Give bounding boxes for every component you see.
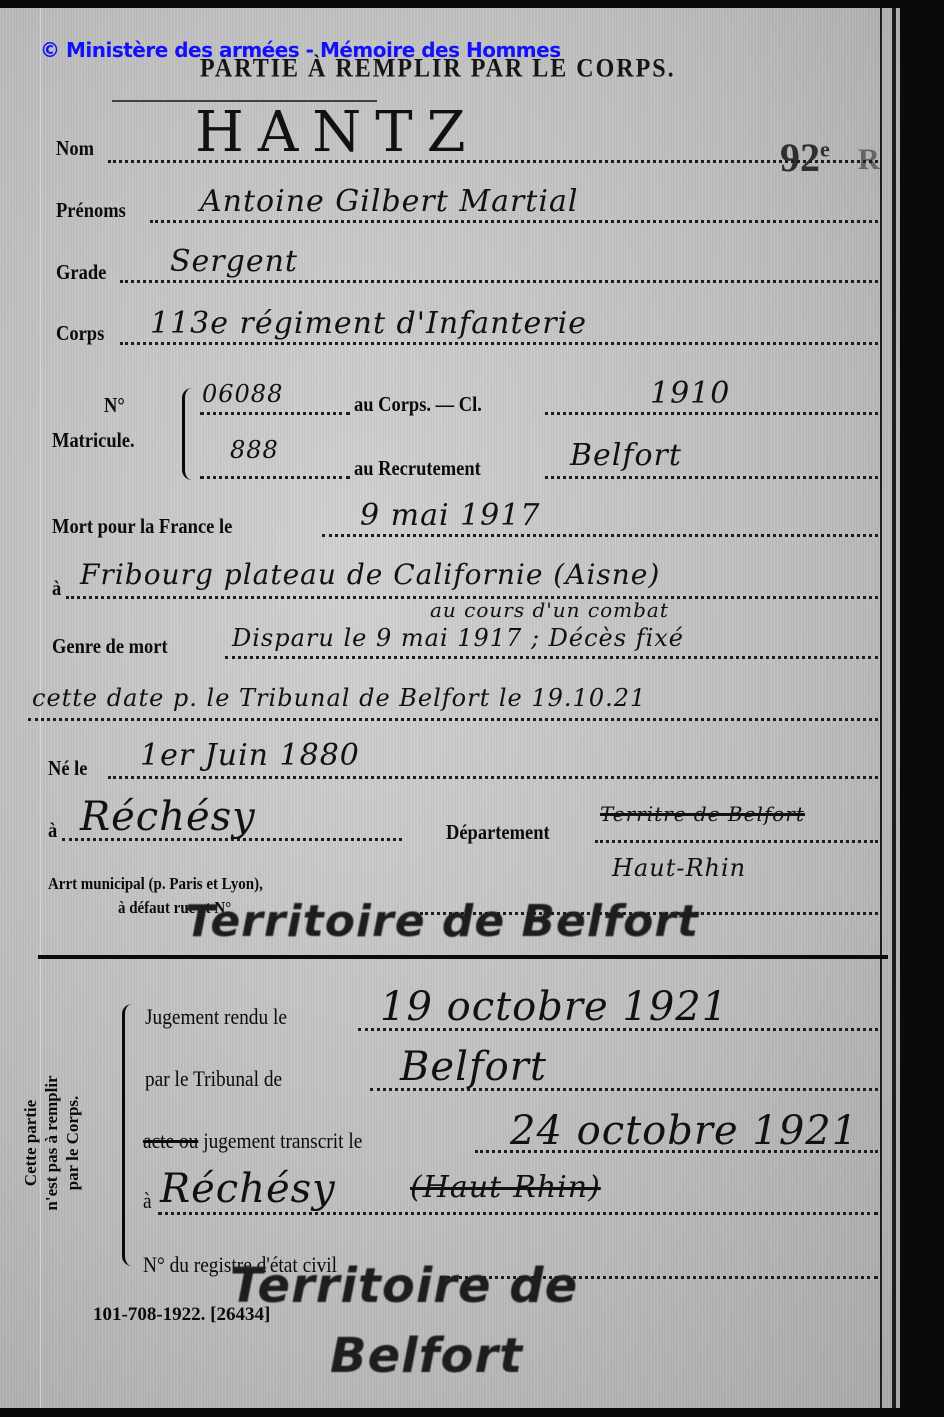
recrutement-dotted-line — [545, 476, 878, 479]
au-corps-label: au Corps. — Cl. — [354, 392, 482, 417]
lieu-mort-label: à — [52, 576, 61, 601]
regiment-stamp: 92e — [780, 134, 830, 181]
matricule-label: Matricule. — [52, 428, 135, 453]
genre-mort-value-line1: Disparu le 9 mai 1917 ; Décès fixé — [232, 624, 684, 652]
au-corps-number: 06088 — [202, 380, 283, 408]
transcrit-lieu-value: Réchésy — [160, 1166, 336, 1212]
death-record-card: PARTIE À REMPLIR PAR LE CORPS. 92e R Nom… — [0, 8, 900, 1408]
transcrit-lieu-dotted-line — [158, 1212, 878, 1215]
genre-mort-dotted-line-2 — [28, 718, 878, 721]
side-note-brace — [122, 1004, 135, 1266]
mort-dotted-line — [322, 534, 878, 537]
nom-value: HANTZ — [195, 100, 480, 165]
lieu-naissance-label: à — [48, 818, 57, 843]
section-divider — [38, 955, 888, 959]
corps-value: 113e régiment d'Infanterie — [150, 306, 587, 341]
right-border-line — [880, 8, 882, 1408]
mort-value: 9 mai 1917 — [360, 498, 540, 533]
recrutement-value: Belfort — [570, 438, 682, 473]
tribunal-value: Belfort — [400, 1044, 547, 1090]
matricule-no-label: N° — [104, 393, 125, 418]
prenoms-label: Prénoms — [56, 198, 126, 223]
right-border-line-2 — [892, 8, 896, 1408]
jugement-rendu-label: Jugement rendu le — [145, 1004, 287, 1030]
prenoms-value: Antoine Gilbert Martial — [200, 184, 578, 219]
transcrit-lieu-label: à — [143, 1188, 152, 1214]
ne-le-dotted-line — [108, 776, 878, 779]
tribunal-label: par le Tribunal de — [145, 1066, 282, 1092]
copyright-watermark: © Ministère des armées - Mémoire des Hom… — [40, 38, 561, 62]
arrondissement-value: Territoire de Belfort — [185, 896, 699, 947]
au-corps-dotted-line — [200, 412, 350, 415]
arrondissement-label: Arrt municipal (p. Paris et Lyon), — [48, 874, 263, 894]
side-note: Cette partie n'est pas à remplir par le … — [20, 1028, 83, 1258]
genre-mort-dotted-line — [225, 656, 878, 659]
matricule-brace — [182, 388, 193, 480]
jugement-rendu-value: 19 octobre 1921 — [380, 984, 728, 1030]
genre-mort-label: Genre de mort — [52, 634, 168, 659]
grade-value: Sergent — [170, 244, 298, 279]
genre-mort-annotation: au cours d'un combat — [430, 598, 669, 622]
recrutement-label: au Recrutement — [354, 456, 481, 481]
departement-dotted-line — [595, 840, 878, 843]
grade-label: Grade — [56, 260, 106, 285]
departement-value: Haut-Rhin — [612, 854, 746, 882]
corps-label: Corps — [56, 321, 104, 346]
transcrit-lieu-struck: (Haut-Rhin) — [410, 1170, 601, 1205]
transcrit-value: 24 octobre 1921 — [510, 1108, 858, 1154]
lieu-naissance-value: Réchésy — [80, 794, 256, 840]
grade-dotted-line — [120, 280, 878, 283]
genre-mort-value-line2: cette date p. le Tribunal de Belfort le … — [32, 684, 646, 712]
classe-dotted-line — [545, 412, 878, 415]
lieu-mort-value: Fribourg plateau de Californie (Aisne) — [80, 558, 660, 591]
departement-struck-value: Territre de Belfort — [600, 802, 805, 826]
recrutement-number-dotted-line — [200, 476, 350, 479]
departement-label: Département — [446, 820, 550, 845]
ne-le-label: Né le — [48, 756, 88, 781]
registre-value-line1: Territoire de — [230, 1258, 578, 1314]
prenoms-dotted-line — [150, 220, 878, 223]
nom-label: Nom — [56, 136, 94, 161]
classe-value: 1910 — [650, 376, 730, 411]
corps-dotted-line — [120, 342, 878, 345]
registre-value-line2: Belfort — [330, 1328, 523, 1384]
mort-label: Mort pour la France le — [52, 514, 232, 539]
recrutement-number: 888 — [230, 436, 279, 464]
transcrit-label: acte ou jugement transcrit le — [143, 1128, 362, 1154]
ne-le-value: 1er Juin 1880 — [140, 738, 360, 773]
print-code: 101-708-1922. [26434] — [93, 1304, 270, 1326]
